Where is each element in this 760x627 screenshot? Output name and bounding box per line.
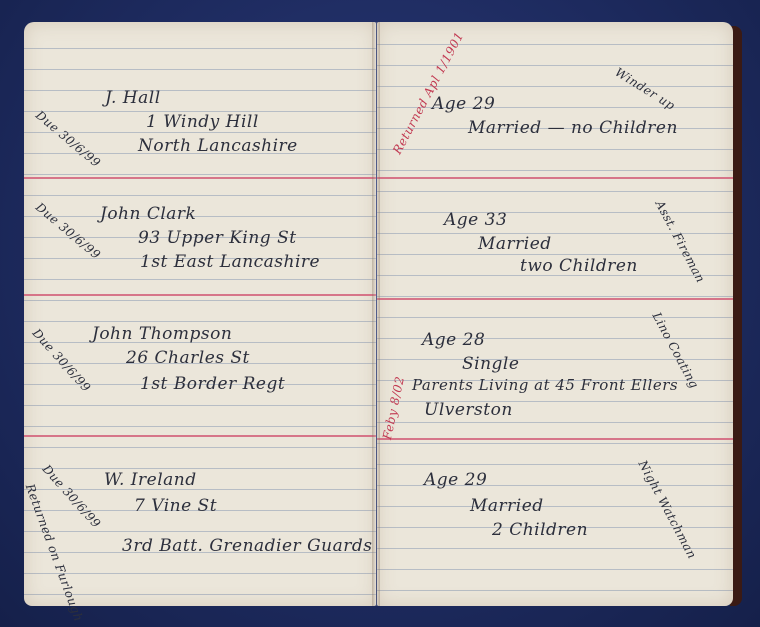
page-gutter bbox=[372, 22, 380, 606]
red-divider bbox=[24, 177, 376, 179]
entry-status-2: Parents Living at 45 Front Ellers bbox=[412, 376, 678, 394]
open-notebook: Due 30/6/99 J. Hall 1 Windy Hill North L… bbox=[0, 0, 760, 627]
entry-address: 1 Windy Hill bbox=[146, 112, 259, 132]
entry-status-3: Ulverston bbox=[424, 400, 513, 420]
entry-status-2: two Children bbox=[520, 256, 638, 276]
entry-name: J. Hall bbox=[105, 88, 161, 108]
entry-age: Age 29 bbox=[424, 470, 487, 490]
entry-address: 26 Charles St bbox=[126, 348, 250, 368]
entry-age: Age 29 bbox=[432, 94, 495, 114]
entry-regiment: North Lancashire bbox=[138, 136, 298, 156]
red-divider bbox=[377, 298, 733, 300]
entry-regiment: 1st East Lancashire bbox=[140, 252, 320, 272]
entry-status-2: 2 Children bbox=[492, 520, 588, 540]
entry-name: W. Ireland bbox=[104, 470, 197, 490]
entry-address: 7 Vine St bbox=[134, 496, 217, 516]
entry-name: John Thompson bbox=[92, 324, 232, 344]
entry-regiment: 3rd Batt. Grenadier Guards bbox=[122, 536, 373, 556]
entry-age: Age 33 bbox=[444, 210, 507, 230]
left-page bbox=[24, 22, 376, 606]
entry-status: Married — no Children bbox=[468, 118, 678, 138]
entry-status: Single bbox=[462, 354, 519, 374]
entry-regiment: 1st Border Regt bbox=[140, 374, 285, 394]
entry-name: John Clark bbox=[100, 204, 196, 224]
red-divider bbox=[377, 177, 733, 179]
entry-age: Age 28 bbox=[422, 330, 485, 350]
entry-status: Married bbox=[470, 496, 544, 516]
entry-address: 93 Upper King St bbox=[138, 228, 297, 248]
entry-status: Married bbox=[478, 234, 552, 254]
red-divider bbox=[24, 294, 376, 296]
red-divider bbox=[24, 435, 376, 437]
red-divider bbox=[377, 438, 733, 440]
